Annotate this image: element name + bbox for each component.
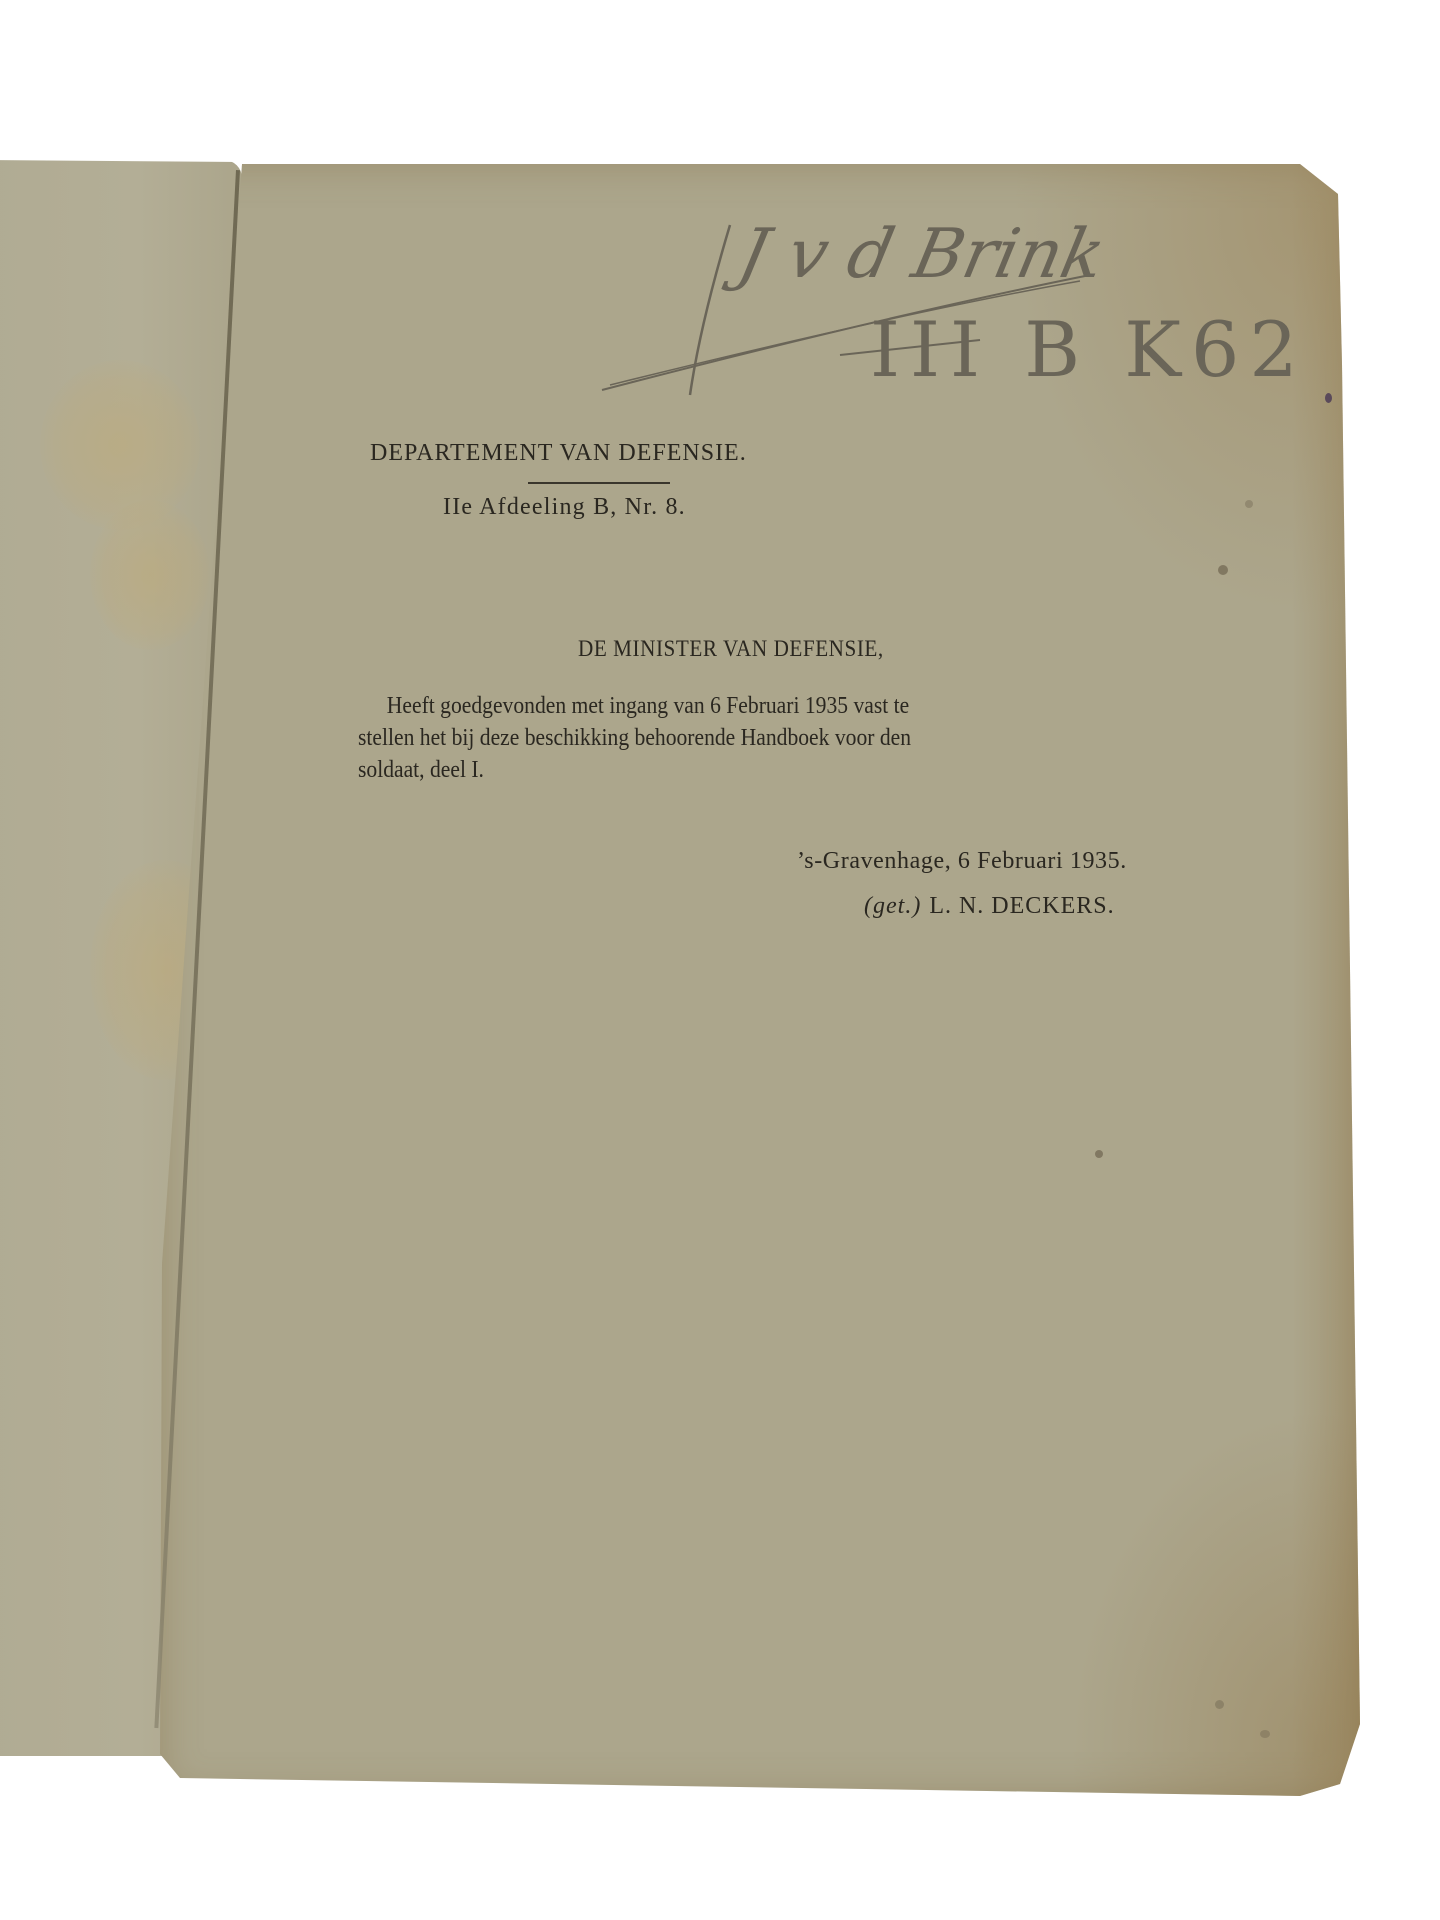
decree-line: Heeft goedgevonden met ingang van 6 Febr…	[358, 690, 1150, 722]
decree-heading: DE MINISTER VAN DEFENSIE,	[578, 636, 884, 662]
right-page	[160, 164, 1364, 1796]
foxing-spot	[1215, 1700, 1224, 1709]
water-stain	[90, 500, 210, 650]
foxing-spot	[1095, 1150, 1103, 1158]
place-date: ’s-Gravenhage, 6 Februari 1935.	[797, 848, 1127, 875]
ink-spot	[1325, 393, 1332, 403]
signed-prefix: (get.)	[864, 893, 921, 919]
signature-line: (get.)L. N. DECKERS.	[864, 893, 1115, 920]
signatory-name: L. N. DECKERS.	[929, 893, 1114, 919]
section-number: IIe Afdeeling B, Nr. 8.	[443, 494, 686, 521]
foxing-spot	[1245, 500, 1253, 508]
foxing-spot	[1218, 565, 1228, 575]
decree-line: stellen het bij deze beschikking behoore…	[358, 722, 1150, 754]
handwritten-code: III B K62	[870, 305, 1308, 394]
foxing-spot	[1260, 1730, 1270, 1738]
handwritten-name: J v d Brink	[732, 215, 1112, 294]
decree-body: Heeft goedgevonden met ingang van 6 Febr…	[358, 690, 1150, 786]
decree-line: soldaat, deel I.	[358, 754, 1150, 786]
title-divider	[528, 482, 670, 484]
water-stain	[40, 360, 200, 530]
department-title: DEPARTEMENT VAN DEFENSIE.	[370, 440, 747, 467]
